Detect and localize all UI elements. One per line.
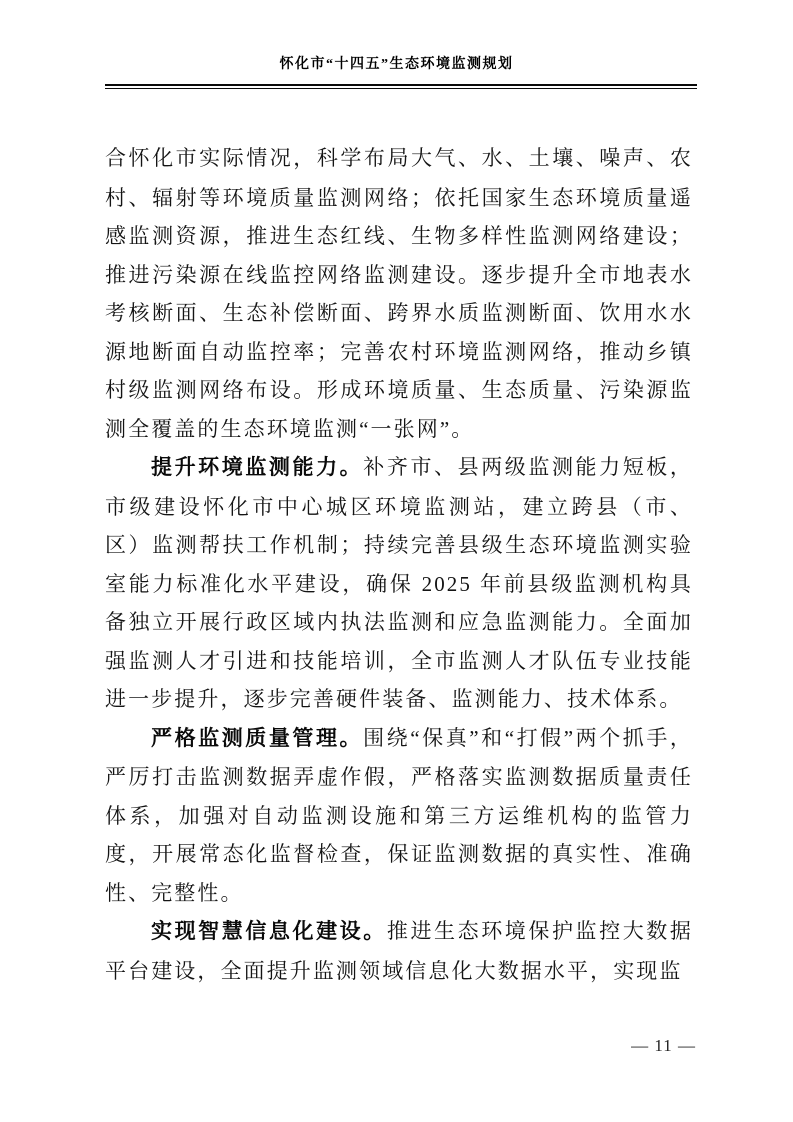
paragraph-2: 提升环境监测能力。补齐市、县两级监测能力短板，市级建设怀化市中心城区环境监测站，… <box>105 448 693 719</box>
page-number: — 11 — <box>631 1036 696 1055</box>
paragraph-2-text: 补齐市、县两级监测能力短板，市级建设怀化市中心城区环境监测站，建立跨县（市、区）… <box>105 455 693 711</box>
page-footer: — 11 — <box>631 1036 696 1056</box>
paragraph-3: 严格监测质量管理。围绕“保真”和“打假”两个抓手，严厉打击监测数据弄虚作假，严格… <box>105 719 693 913</box>
paragraph-4-lead: 实现智慧信息化建设。 <box>151 920 387 943</box>
paragraph-1: 合怀化市实际情况，科学布局大气、水、土壤、噪声、农村、辐射等环境质量监测网络；依… <box>105 139 693 448</box>
header-title: 怀化市“十四五”生态环境监测规划 <box>0 53 793 73</box>
document-body: 合怀化市实际情况，科学布局大气、水、土壤、噪声、农村、辐射等环境质量监测网络；依… <box>105 139 693 990</box>
paragraph-4: 实现智慧信息化建设。推进生态环境保护监控大数据平台建设，全面提升监测领域信息化大… <box>105 912 693 990</box>
header-double-rule <box>105 84 697 89</box>
paragraph-2-lead: 提升环境监测能力。 <box>151 456 363 479</box>
paragraph-1-text: 合怀化市实际情况，科学布局大气、水、土壤、噪声、农村、辐射等环境质量监测网络；依… <box>105 146 693 441</box>
paragraph-3-text: 围绕“保真”和“打假”两个抓手，严厉打击监测数据弄虚作假，严格落实监测数据质量责… <box>105 726 693 905</box>
paragraph-3-lead: 严格监测质量管理。 <box>151 727 363 750</box>
document-page: 怀化市“十四五”生态环境监测规划 合怀化市实际情况，科学布局大气、水、土壤、噪声… <box>0 0 793 1122</box>
